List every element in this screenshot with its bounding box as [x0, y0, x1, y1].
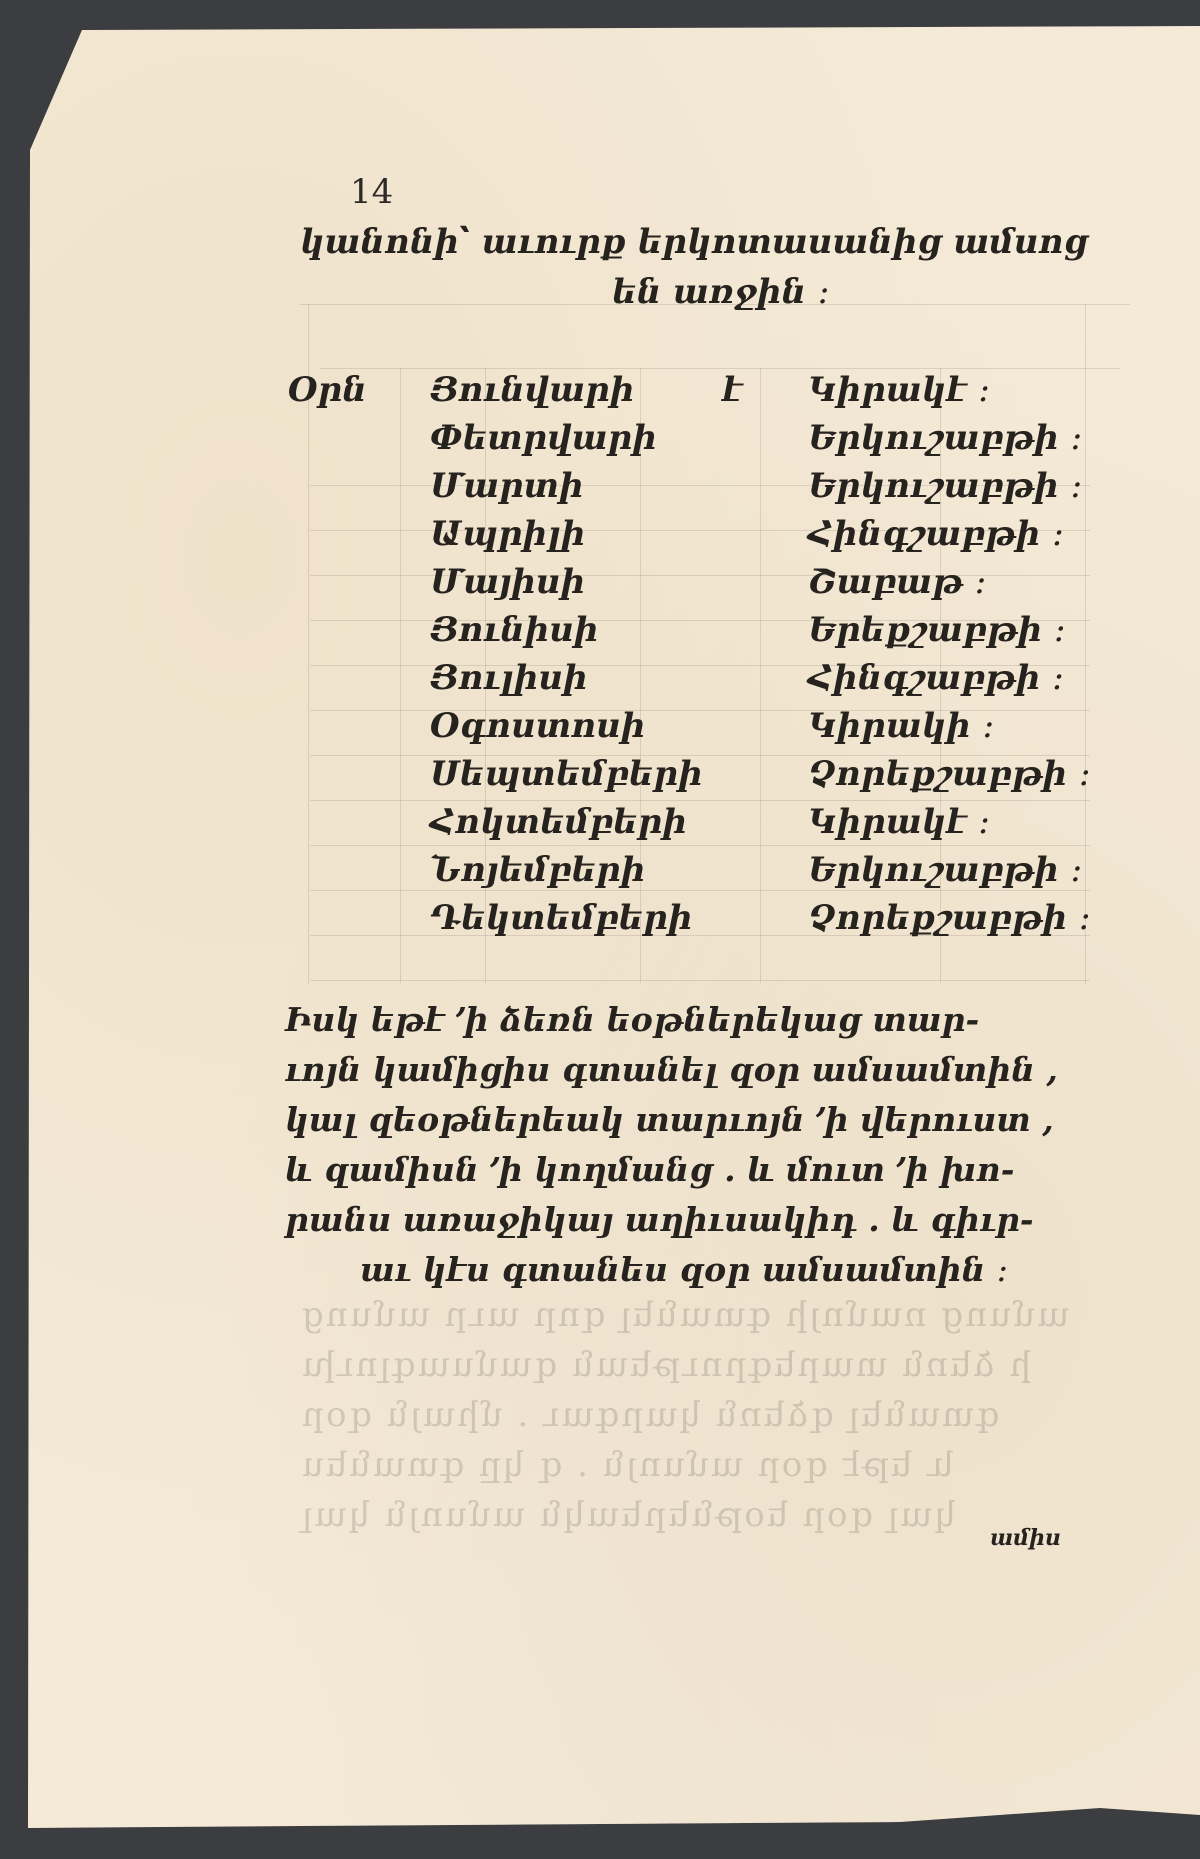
month-cell: Սեպտեմբերի	[430, 754, 703, 794]
weekday-cell: Երկուշաբթի ։	[808, 850, 1082, 890]
weekday-cell: Հինգշաբթի ։	[808, 658, 1064, 698]
showthrough-text: կալ զօր եօթներեակն ամսոյն կալ	[300, 1495, 956, 1535]
paragraph-line: կալ զեօթներեակ տարւոյն ՚ի վերուստ ,	[285, 1100, 1054, 1139]
weekday-cell: Երկուշաբթի ։	[808, 466, 1082, 506]
showthrough-text: գտանել զձեռն կարգաւ . միայն զօր	[300, 1395, 999, 1435]
month-cell: Մարտի	[430, 466, 584, 506]
showthrough-rule	[310, 980, 1090, 981]
month-cell: Փետրվարի	[430, 418, 657, 458]
weekday-cell: Կիրակէ ։	[808, 370, 990, 410]
weekday-cell: Երեքշաբթի ։	[808, 610, 1066, 650]
showthrough-rule	[310, 890, 1090, 891]
weekday-cell: Երկուշաբթի ։	[808, 418, 1082, 458]
month-cell: Յունիսի	[430, 610, 598, 650]
paragraph-line: Իսկ եթէ ՚ի ձեռն եօթներեկաց տար-	[285, 1000, 979, 1039]
page-number: 14	[350, 172, 393, 212]
showthrough-rule	[310, 800, 1090, 801]
heading-line-1: կանոնի՝ աւուրք երկոտասանից ամսոց	[300, 222, 1088, 262]
paragraph-line: և զամիսն ՚ի կողմանց . և մուտ ՚ի խո-	[285, 1150, 1014, 1189]
month-cell: Յուլիսի	[430, 658, 588, 698]
showthrough-text: և եթէ զօր ամսոյն . զ կը գտանես	[300, 1445, 954, 1485]
showthrough-rule	[320, 368, 1120, 369]
weekday-cell: Հինգշաբթի ։	[808, 514, 1064, 554]
weekday-cell: Շաբաթ ։	[808, 562, 986, 602]
month-cell: Նոյեմբերի	[430, 850, 645, 890]
showthrough-rule	[1085, 304, 1086, 984]
month-cell: Ապրիլի	[430, 514, 585, 554]
table-lead-word-text: Օրն	[288, 370, 367, 410]
month-cell: Յունվարի	[430, 370, 634, 410]
month-cell: Մայիսի	[430, 562, 585, 602]
catchword: ամիս	[990, 1525, 1061, 1551]
month-cell: Դեկտեմբերի	[430, 898, 692, 938]
weekday-cell: Կիրակէ ։	[808, 802, 990, 842]
paragraph-line: աւ կէս գտանես զօր ամսամտին ։	[360, 1250, 1008, 1289]
paragraph-line: րանս առաջիկայ աղիւսակիդ . և գիւր-	[285, 1200, 1034, 1239]
weekday-cell: Չորեքշաբթի ։	[808, 898, 1091, 938]
heading-line-2: են առջին ։	[612, 272, 829, 312]
month-cell: Հոկտեմբերի	[430, 802, 687, 842]
paragraph-line: ւոյն կամիցիս գտանել զօր ամսամտին ,	[285, 1050, 1058, 1089]
showthrough-rule	[310, 845, 1090, 846]
weekday-cell: Չորեքշաբթի ։	[808, 754, 1091, 794]
manuscript-page: ամսոց ռամոյի գտանել զոր աւր ամսոց ի ձեռն…	[0, 0, 1200, 1859]
showthrough-text: ամսոց ռամոյի գտանել զոր աւր ամսոց	[300, 1295, 1069, 1335]
table-verb: է	[722, 370, 742, 410]
showthrough-text: ի ձեռն տարեգրութեան զամսագլուխ	[300, 1345, 1031, 1385]
month-cell: Օգոստոսի	[430, 706, 645, 746]
weekday-cell: Կիրակի ։	[808, 706, 994, 746]
table-lead-word: Օրն	[288, 370, 367, 410]
